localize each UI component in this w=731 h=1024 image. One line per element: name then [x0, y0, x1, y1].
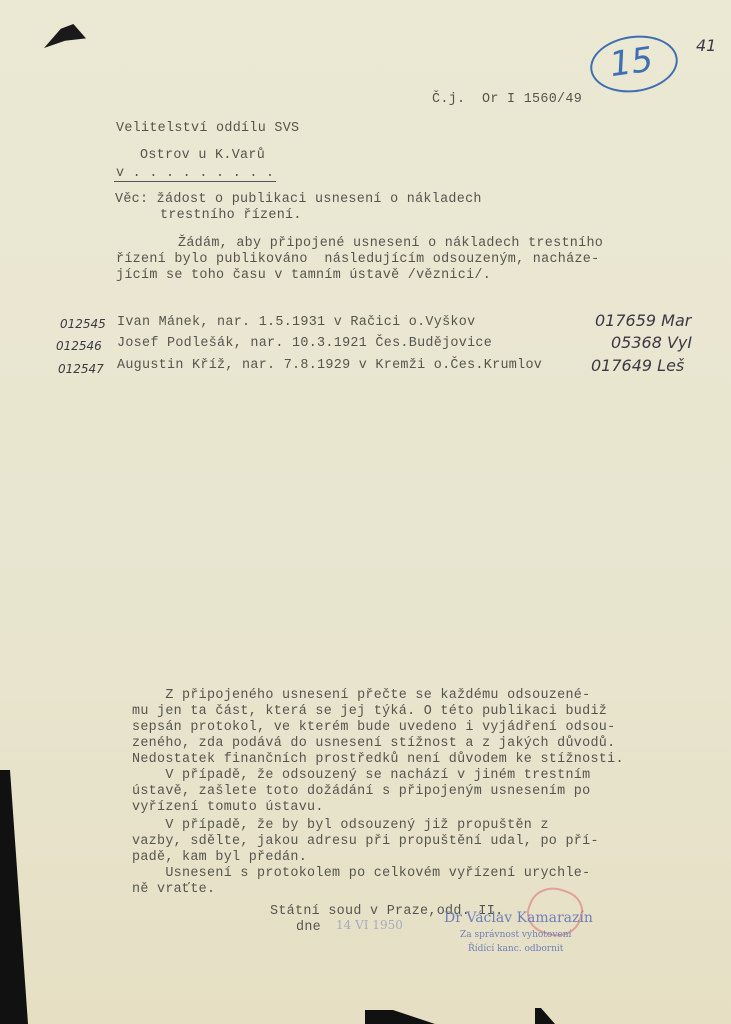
- addressee-line-3: v . . . . . . . . .: [116, 166, 274, 182]
- torn-edge-mark: [365, 1010, 435, 1024]
- instruction-line: Z připojeného usnesení přečte se každému…: [132, 688, 590, 704]
- instruction-line: zeného, zda podává do usnesení stížnost …: [132, 736, 615, 752]
- subject-line-2: trestního řízení.: [160, 208, 302, 224]
- scan-dark-edge: [0, 770, 28, 1024]
- intro-line-1: Žádám, aby připojené usnesení o nákladec…: [178, 236, 603, 252]
- convict-entry: Josef Podlešák, nar. 10.3.1921 Čes.Buděj…: [117, 336, 492, 352]
- date-stamp: 14 VI 1950: [336, 918, 403, 932]
- instruction-line: sepsán protokol, ve kterém bude uvedeno …: [132, 720, 615, 736]
- official-stamp-name: Dr Václav Kamarazín: [444, 910, 593, 926]
- convict-handwritten-note: 017649 Leš: [591, 356, 684, 375]
- convict-handwritten-id: 012546: [56, 339, 102, 353]
- addressee-line-1: Velitelství oddílu SVS: [116, 121, 299, 137]
- instruction-line: ústavě, zašlete toto dožádání s připojen…: [132, 784, 590, 800]
- convict-entry: Augustin Kříž, nar. 7.8.1929 v Kremži o.…: [117, 358, 542, 374]
- convict-handwritten-id: 012547: [58, 362, 104, 376]
- torn-corner-mark: [44, 24, 86, 48]
- page-number: 15: [607, 40, 655, 86]
- date-label: dne: [296, 920, 321, 936]
- instruction-line: Usnesení s protokolem po celkovém vyříze…: [132, 866, 590, 882]
- instruction-line: vazby, sdělte, jakou adresu při propuště…: [132, 834, 599, 850]
- subject-line-1: Věc: žádost o publikaci usnesení o nákla…: [115, 192, 482, 208]
- instruction-line: vyřízení tomuto ústavu.: [132, 800, 324, 816]
- corner-annotation: 41: [696, 36, 716, 55]
- intro-line-3: jícím se toho času v tamním ústavě /vězn…: [116, 268, 491, 284]
- convict-handwritten-note: 05368 VyI: [611, 333, 692, 352]
- instruction-line: Nedostatek finančních prostředků není dů…: [132, 752, 624, 768]
- document-page: 15 41 Č.j. Or I 1560/49 Velitelství oddí…: [0, 0, 731, 1024]
- addressee-line-2: Ostrov u K.Varů: [140, 148, 265, 164]
- convict-entry: Ivan Mánek, nar. 1.5.1931 v Račici o.Vyš…: [117, 315, 475, 331]
- instruction-line: V případě, že by byl odsouzený již propu…: [132, 818, 549, 834]
- reference-number: Č.j. Or I 1560/49: [432, 92, 582, 108]
- instruction-line: V případě, že odsouzený se nachází v jin…: [132, 768, 590, 784]
- convict-handwritten-id: 012545: [60, 317, 106, 331]
- intro-line-2: řízení bylo publikováno následujícím ods…: [116, 252, 599, 268]
- instruction-line: padě, kam byl předán.: [132, 850, 307, 866]
- instruction-line: mu jen ta část, která se jej týká. O tét…: [132, 704, 607, 720]
- torn-edge-mark: [535, 1008, 555, 1024]
- official-stamp-line: Řídící kanc. odbornit: [468, 944, 563, 954]
- circled-page-number: 15: [587, 30, 682, 98]
- instruction-line: ně vraťte.: [132, 882, 215, 898]
- official-stamp-line: Za správnost vyhotovení: [460, 930, 571, 940]
- addressee-underline: [114, 181, 276, 182]
- convict-handwritten-note: 017659 Mar: [595, 311, 691, 330]
